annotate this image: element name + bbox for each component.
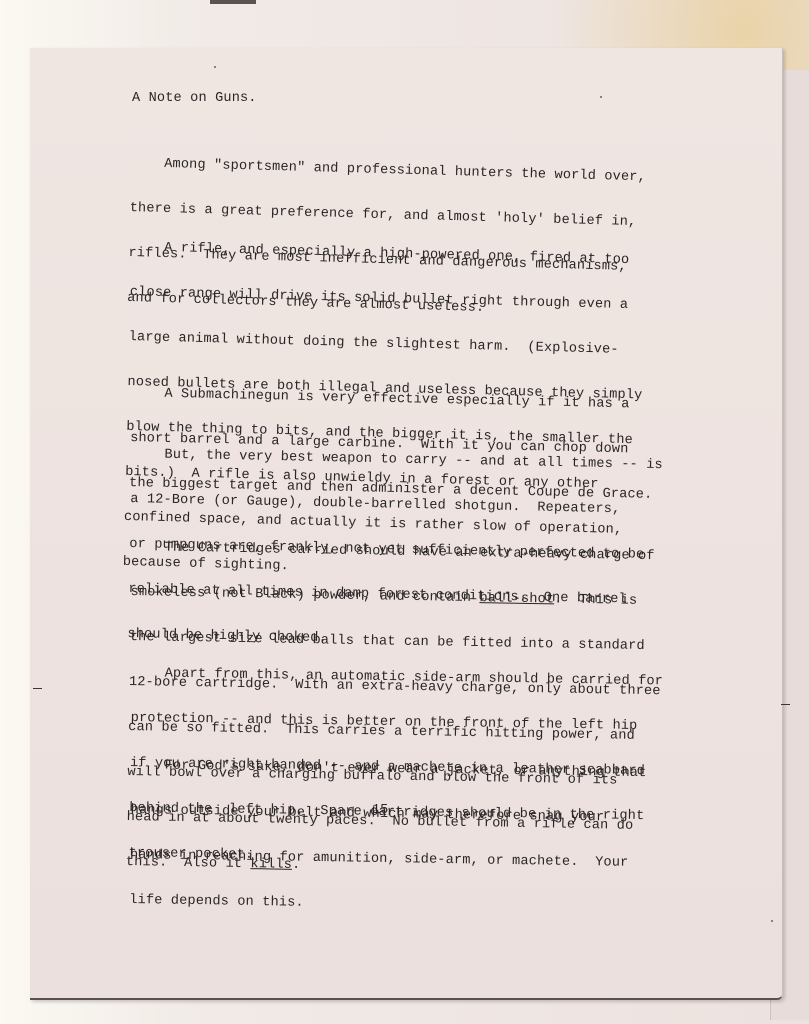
paragraph-7: For God's sake, don't ever wear a jacket… <box>129 728 647 931</box>
text-line: A rifle, and especially a high-powered o… <box>131 240 646 268</box>
text-line: A Submachinegun is very effective especi… <box>131 386 655 413</box>
text-line: hands in reaching for amunition, side-ar… <box>130 848 645 871</box>
text-line: large animal without doing the slightest… <box>128 330 643 358</box>
text-line: The Cartridges carried should have an ex… <box>131 540 663 564</box>
text-line: life depends on this. <box>129 893 644 916</box>
speck <box>771 920 773 922</box>
text-line: Apart from this, an automatic side-arm s… <box>131 666 663 689</box>
document-title: A Note on Guns. <box>132 91 257 106</box>
text-line: close range will drive its solid bullet … <box>130 285 645 313</box>
text-line: For God's sake, don't ever wear a jacket… <box>131 758 646 781</box>
speck <box>214 66 216 68</box>
text-line: smokeless (not Black) powder, and contai… <box>130 585 662 609</box>
underlined-ball-shot: ball-shot <box>479 591 554 607</box>
margin-tick <box>33 688 42 689</box>
text-line: Among "sportsmen" and professional hunte… <box>131 156 646 185</box>
text-line: But, the very best weapon to carry -- an… <box>131 447 663 473</box>
speck <box>600 96 602 98</box>
binder-clip <box>210 0 256 4</box>
page-number: 15 <box>372 803 388 818</box>
margin-tick <box>781 704 790 705</box>
text-segment: . This is <box>554 592 637 608</box>
text-segment: smokeless (not Black) powder, and contai… <box>130 585 479 606</box>
